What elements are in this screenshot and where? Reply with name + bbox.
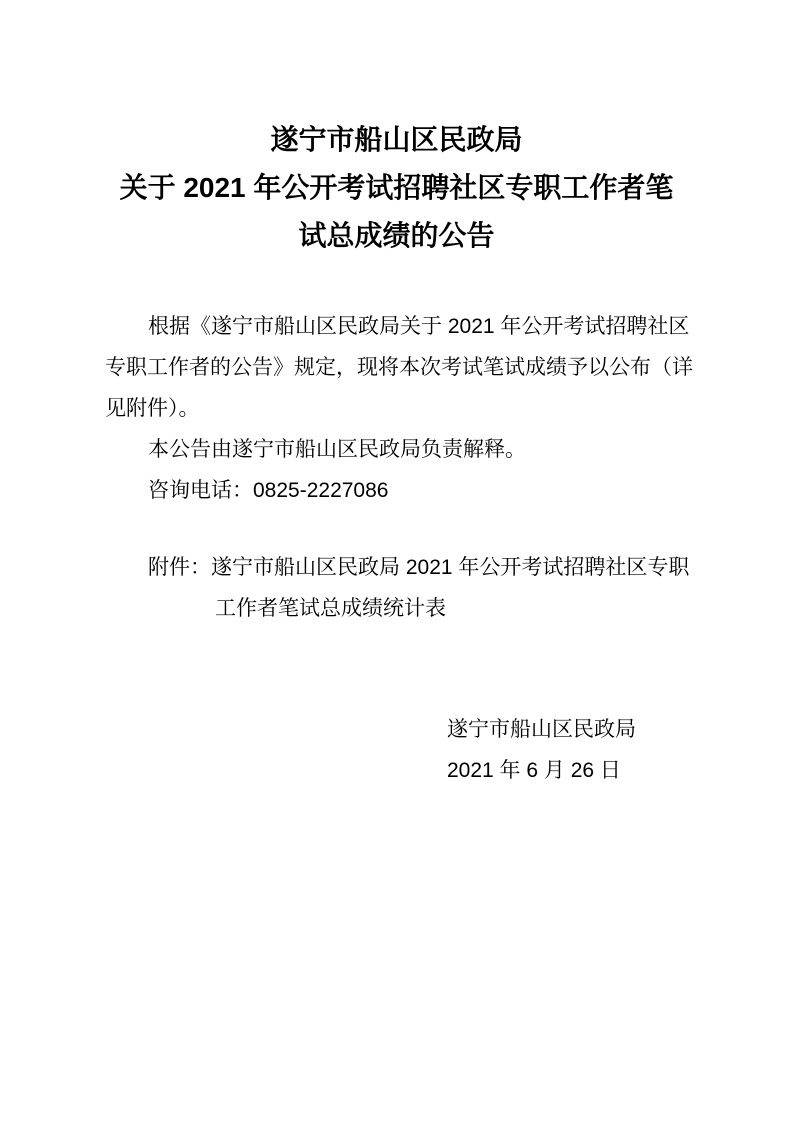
- document-page: 遂宁市船山区民政局 关于 2021 年公开考试招聘社区专职工作者笔 试总成绩的公…: [0, 0, 793, 1123]
- signature-date: 2021 年 6 月 26 日: [447, 750, 793, 791]
- paragraph-2: 本公告由遂宁市船山区民政局负责解释。: [105, 429, 700, 470]
- attachment-title-part-2: 工作者笔试总成绩统计表: [105, 588, 700, 629]
- title-subject-line-1: 关于 2021 年公开考试招聘社区专职工作者笔: [0, 164, 793, 212]
- attachment-title-part-1: 遂宁市船山区民政局 2021 年公开考试招聘社区专职: [211, 556, 689, 579]
- document-title: 遂宁市船山区民政局 关于 2021 年公开考试招聘社区专职工作者笔 试总成绩的公…: [0, 0, 793, 260]
- title-subject-line-2: 试总成绩的公告: [0, 212, 793, 260]
- attachment-label: 附件：: [148, 556, 211, 579]
- document-body: 根据《遂宁市船山区民政局关于 2021 年公开考试招聘社区 专职工作者的公告》规…: [105, 306, 700, 511]
- paragraph-1-line-3: 见附件）。: [105, 388, 700, 429]
- title-org-line: 遂宁市船山区民政局: [0, 116, 793, 164]
- attachment-section: 附件：遂宁市船山区民政局 2021 年公开考试招聘社区专职 工作者笔试总成绩统计…: [105, 547, 700, 629]
- paragraph-1-line-1: 根据《遂宁市船山区民政局关于 2021 年公开考试招聘社区: [105, 306, 700, 347]
- signature-section: 遂宁市船山区民政局 2021 年 6 月 26 日: [105, 709, 793, 791]
- attachment-line-1: 附件：遂宁市船山区民政局 2021 年公开考试招聘社区专职: [105, 547, 700, 588]
- paragraph-3-phone: 咨询电话：0825-2227086: [105, 470, 700, 511]
- paragraph-1-line-2: 专职工作者的公告》规定，现将本次考试笔试成绩予以公布（详: [105, 347, 700, 388]
- signature-org: 遂宁市船山区民政局: [447, 709, 793, 750]
